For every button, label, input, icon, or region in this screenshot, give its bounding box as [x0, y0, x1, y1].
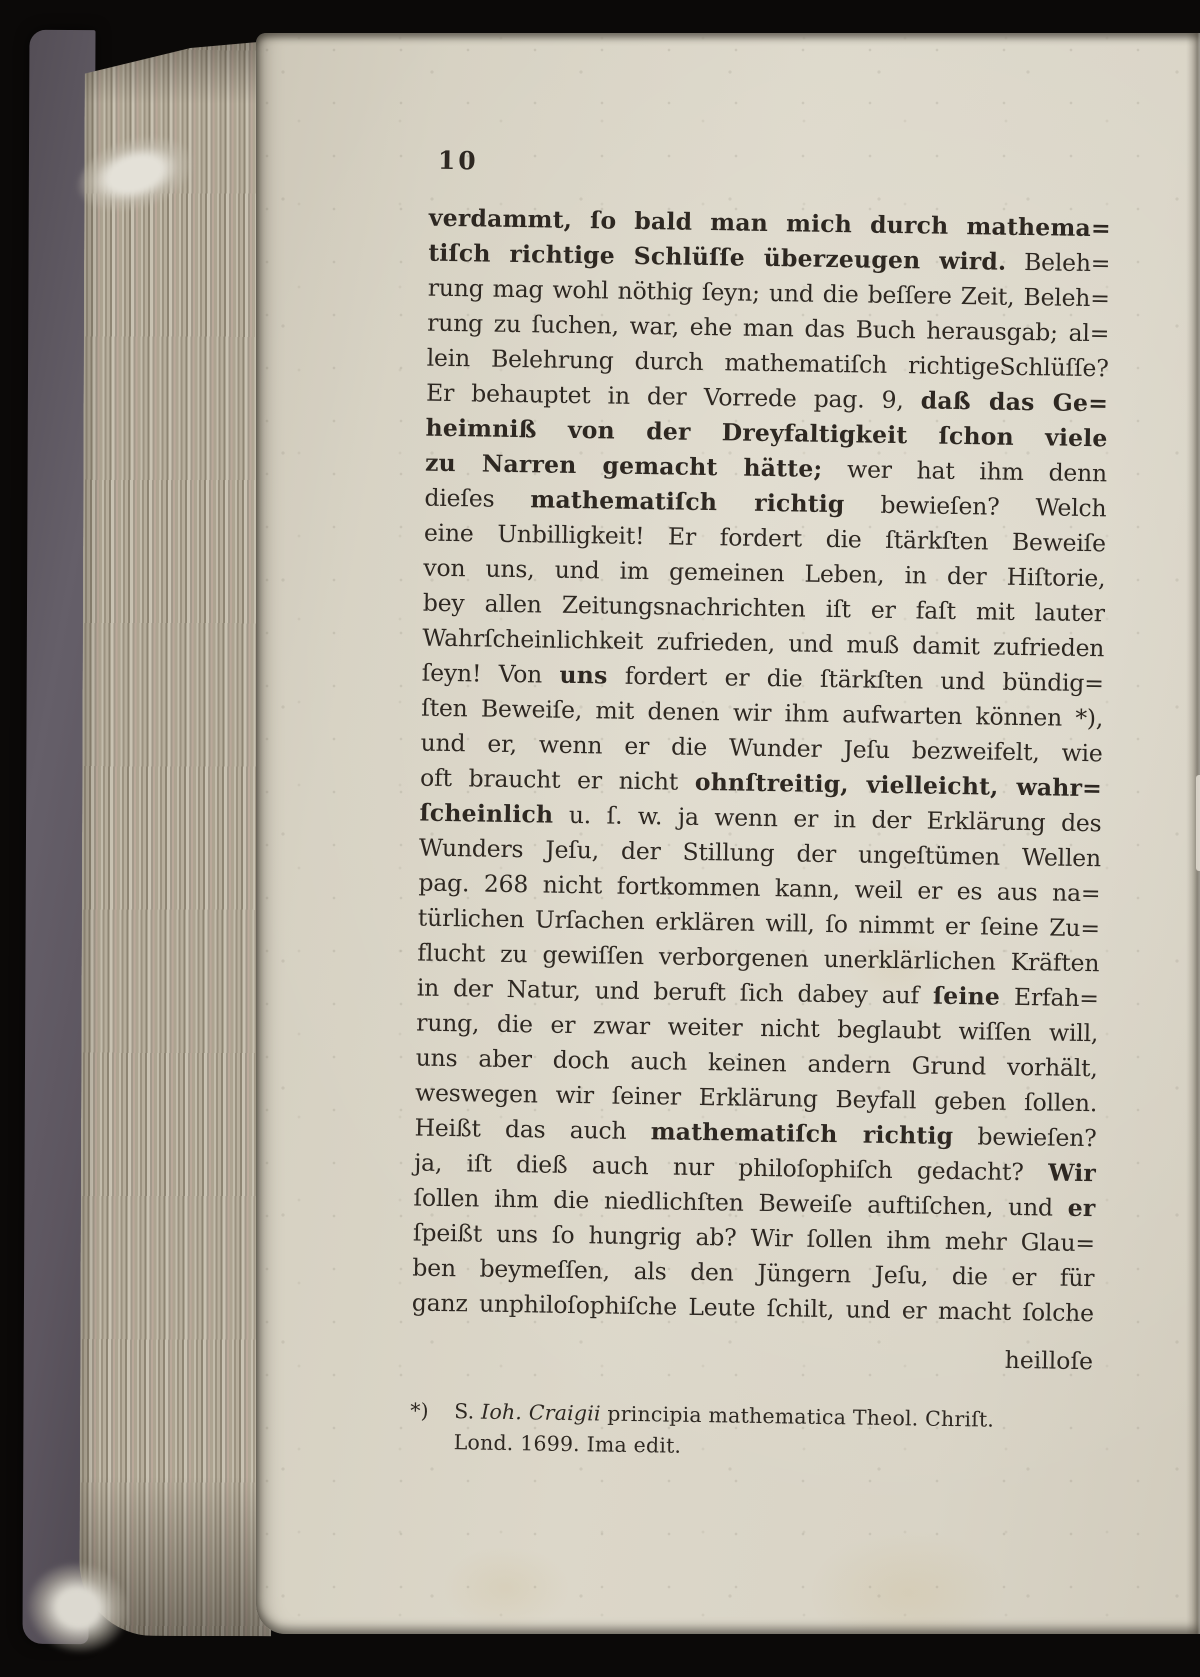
text-run: ſeyn! Von [422, 659, 560, 689]
text-run: bewieſen? [953, 1122, 1097, 1152]
text-run: mathematiſch richtig [530, 485, 845, 518]
text-run: oft braucht er nicht [420, 764, 695, 796]
text-run: ſcheinlich [419, 799, 553, 829]
catchword-row: heilloſe [411, 1333, 1093, 1379]
text-run: ſollen ihm die niedlichſten Beweiſe auft… [413, 1184, 1068, 1222]
text-run: uns [559, 661, 607, 690]
text-run: Wir [1048, 1158, 1096, 1187]
page-number: 10 [438, 147, 1112, 186]
text-run: Lond. 1699. Ima edit. [454, 1430, 682, 1458]
text-run: tiſch richtige Schlüſſe überzeugen wird. [428, 239, 1006, 276]
text-run: daß das Ge= [921, 386, 1109, 417]
text-run: dieſes [424, 484, 530, 514]
text-run: principia mathematica Theol. Chriſt. [601, 1401, 995, 1431]
text-run: Erfah= [1000, 983, 1099, 1013]
text-run: Beleh= [1006, 248, 1110, 278]
text-run: Heißt das auch [414, 1114, 651, 1146]
text-run: S. [454, 1399, 481, 1423]
footnote: *) S. Ioh. Craigii principia mathematica… [409, 1395, 1092, 1468]
photo-backdrop: 10 verdammt, ſo bald man mich durch math… [0, 0, 1200, 1677]
text-run: Ioh. Craigii [481, 1400, 601, 1426]
text-run: ohnſtreitig, vielleicht, wahr= [695, 768, 1103, 802]
catchword: heilloſe [1004, 1346, 1093, 1375]
text-run: mathematiſch richtig [651, 1117, 954, 1150]
text-run: ſeine [933, 982, 1000, 1011]
body-text: verdammt, ſo bald man mich durch mathema… [412, 201, 1112, 1332]
footnote-marker: *) [410, 1395, 429, 1426]
printed-text-block: 10 verdammt, ſo bald man mich durch math… [409, 147, 1112, 1469]
footnote-lines: S. Ioh. Craigii principia mathematica Th… [453, 1396, 1092, 1468]
text-run: in der Natur, und beruft ſich dabey auf [417, 974, 934, 1010]
text-run: er [1067, 1194, 1095, 1222]
text-run: wer hat ihm denn [822, 455, 1107, 487]
text-run: ganz unphiloſophiſche Leute ſchilt, und … [412, 1289, 1094, 1328]
text-run: ja, iſt dieß auch nur philoſophiſch geda… [414, 1149, 1048, 1187]
text-run: fordert er die ſtärkſten und bündig= [607, 661, 1104, 697]
page-edge-stack [79, 40, 277, 1637]
text-run: bewieſen? Welch [844, 490, 1106, 522]
book-page: 10 verdammt, ſo bald man mich durch math… [256, 33, 1200, 1634]
text-run: Er behauptet in der Vorrede pag. 9, [426, 379, 921, 415]
text-run: zu Narren gemacht hätte; [425, 449, 823, 483]
text-run: u. ſ. w. ja wenn er in der Erklärung des [553, 801, 1102, 838]
facing-page-sliver [1196, 775, 1200, 871]
